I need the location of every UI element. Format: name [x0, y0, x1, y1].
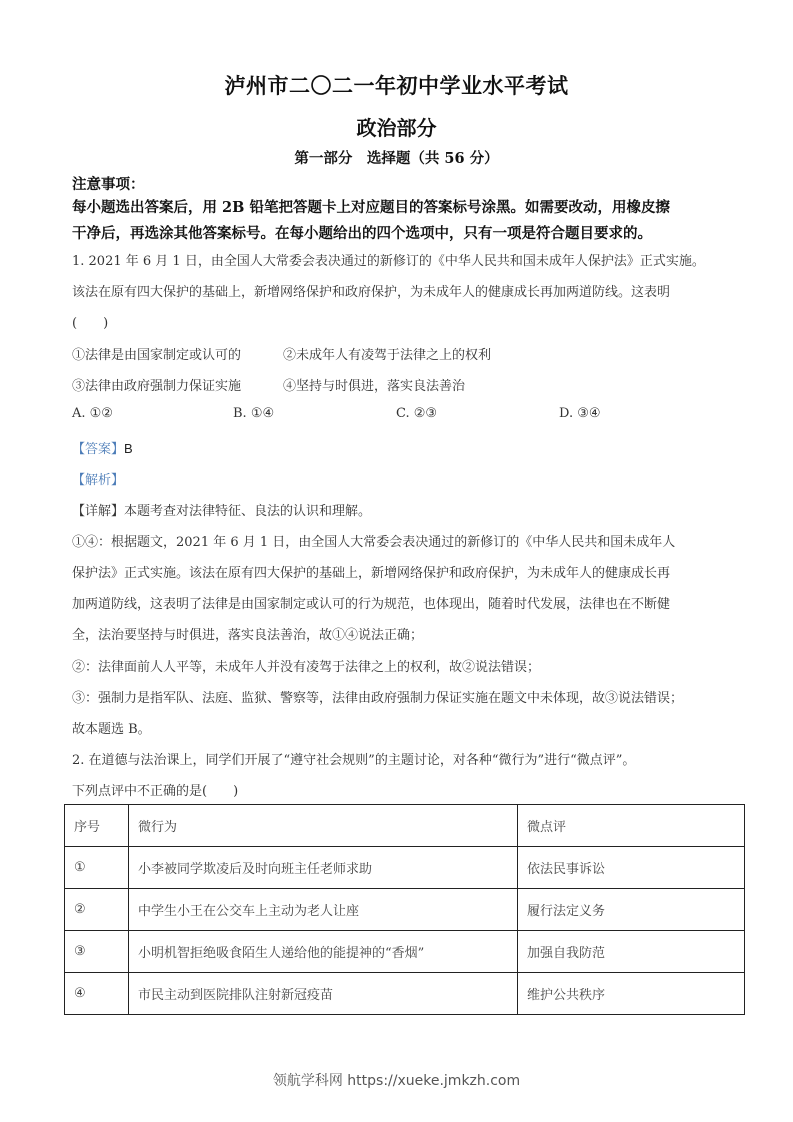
- table-header: 序号: [65, 805, 129, 847]
- q1-detail-line: 【详解】本题考查对法律特征、良法的认识和理解。: [72, 500, 371, 519]
- table-row: ② 中学生小王在公交车上主动为老人让座 履行法定义务: [65, 889, 745, 931]
- q1-stem-line: 1. 2021 年 6 月 1 日，由全国人大常委会表决通过的新修订的《中华人民…: [72, 250, 705, 269]
- answer-value: B: [124, 441, 133, 456]
- table-cell: ①: [65, 847, 129, 889]
- q1-option-d: D. ③④: [559, 406, 601, 421]
- table-cell: 加强自我防范: [518, 931, 745, 973]
- table-header: 微点评: [518, 805, 745, 847]
- table-cell: 维护公共秩序: [518, 973, 745, 1015]
- table-cell: 小明机智拒绝吸食陌生人递给他的能提神的“香烟”: [129, 931, 518, 973]
- q1-statement: ①法律是由国家制定或认可的: [72, 344, 241, 363]
- table-cell: ④: [65, 973, 129, 1015]
- q1-detail-line: ②：法律面前人人平等，未成年人并没有凌驾于法律之上的权利，故②说法错误；: [72, 656, 540, 675]
- q1-detail-line: 加两道防线，这表明了法律是由国家制定或认可的行为规范，也体现出，随着时代发展，法…: [72, 593, 670, 612]
- notice-heading: 注意事项：: [72, 173, 145, 194]
- q1-answer: 【答案】B: [72, 438, 133, 457]
- table-cell: ③: [65, 931, 129, 973]
- table-header-row: 序号 微行为 微点评: [65, 805, 745, 847]
- q1-option-c: C. ②③: [396, 406, 437, 421]
- section-heading: 第一部分 选择题（共 56 分）: [0, 147, 793, 168]
- table-cell: 市民主动到医院排队注射新冠疫苗: [129, 973, 518, 1015]
- table-cell: 依法民事诉讼: [518, 847, 745, 889]
- q2-table: 序号 微行为 微点评 ① 小李被同学欺凌后及时向班主任老师求助 依法民事诉讼 ②…: [64, 804, 745, 1015]
- q1-stem-line: 该法在原有四大保护的基础上，新增网络保护和政府保护，为未成年人的健康成长再加两道…: [72, 281, 670, 300]
- table-row: ③ 小明机智拒绝吸食陌生人递给他的能提神的“香烟” 加强自我防范: [65, 931, 745, 973]
- q2-stem-line: 下列点评中不正确的是( ): [72, 780, 238, 799]
- q1-statement: ②未成年人有凌驾于法律之上的权利: [283, 344, 491, 363]
- q1-detail-line: ①④：根据题文，2021 年 6 月 1 日，由全国人大常委会表决通过的新修订的…: [72, 531, 675, 550]
- answer-tag: 【答案】: [72, 442, 124, 457]
- q1-statement: ③法律由政府强制力保证实施: [72, 375, 241, 394]
- q1-detail-line: ③：强制力是指军队、法庭、监狱、警察等，法律由政府强制力保证实施在题文中未体现，…: [72, 687, 683, 706]
- exam-title: 泸州市二〇二一年初中学业水平考试: [0, 70, 793, 100]
- exam-subtitle: 政治部分: [0, 112, 793, 141]
- q1-detail-line: 保护法》正式实施。该法在原有四大保护的基础上，新增网络保护和政府保护，为未成年人…: [72, 562, 670, 581]
- table-row: ① 小李被同学欺凌后及时向班主任老师求助 依法民事诉讼: [65, 847, 745, 889]
- table-cell: 履行法定义务: [518, 889, 745, 931]
- table-cell: 中学生小王在公交车上主动为老人让座: [129, 889, 518, 931]
- q1-detail-line: 全，法治要坚持与时俱进，落实良法善治，故①④说法正确；: [72, 624, 423, 643]
- table-cell: ②: [65, 889, 129, 931]
- notice-line: 每小题选出答案后，用 2B 铅笔把答题卡上对应题目的答案标号涂黑。如需要改动，用…: [72, 196, 670, 217]
- q1-stem-line: ( ): [72, 312, 108, 331]
- q1-option-b: B. ①④: [233, 406, 274, 421]
- analysis-tag: 【解析】: [72, 469, 124, 488]
- table-row: ④ 市民主动到医院排队注射新冠疫苗 维护公共秩序: [65, 973, 745, 1015]
- q2-stem-line: 2. 在道德与法治课上，同学们开展了“遵守社会规则”的主题讨论，对各种“微行为”…: [72, 749, 635, 768]
- q1-option-a: A. ①②: [72, 406, 113, 421]
- notice-line: 干净后，再选涂其他答案标号。在每小题给出的四个选项中，只有一项是符合题目要求的。: [72, 222, 652, 243]
- table-header: 微行为: [129, 805, 518, 847]
- table-cell: 小李被同学欺凌后及时向班主任老师求助: [129, 847, 518, 889]
- footer-watermark: 领航学科网 https://xueke.jmkzh.com: [0, 1070, 793, 1090]
- q1-detail-line: 故本题选 B。: [72, 718, 151, 737]
- q1-statement: ④坚持与时俱进，落实良法善治: [283, 375, 465, 394]
